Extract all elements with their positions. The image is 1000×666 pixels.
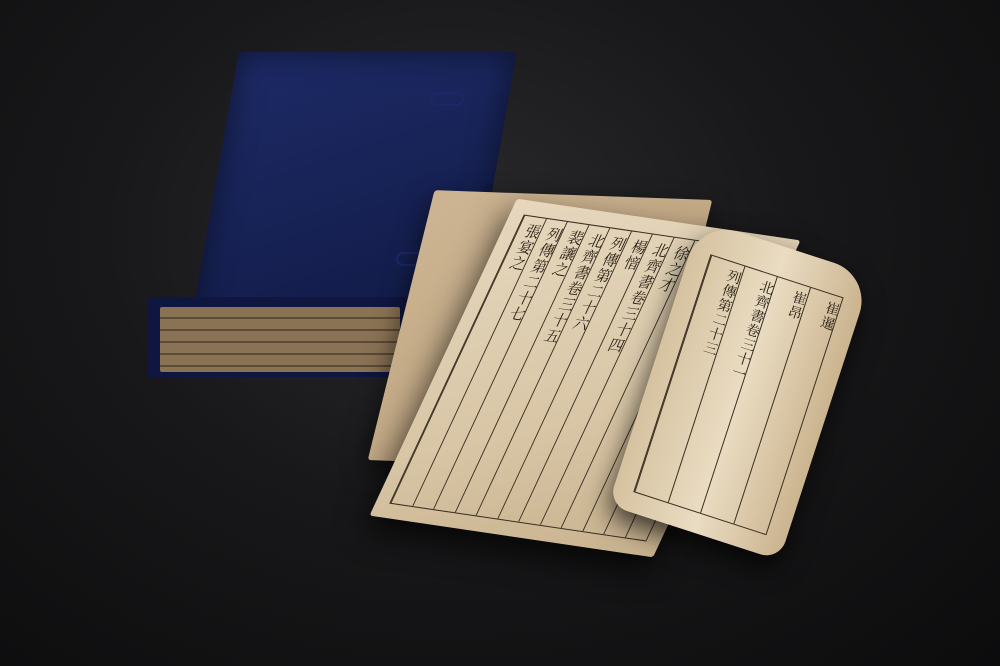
fascicle-edges bbox=[160, 307, 400, 372]
cloth-tie-top bbox=[430, 92, 464, 106]
photo-scene: 北齊書卷三十三 陸法和 蕭明 蕭退 徐之才 北齊書卷三十四 楊愔 列傳第二十六 … bbox=[0, 0, 1000, 666]
